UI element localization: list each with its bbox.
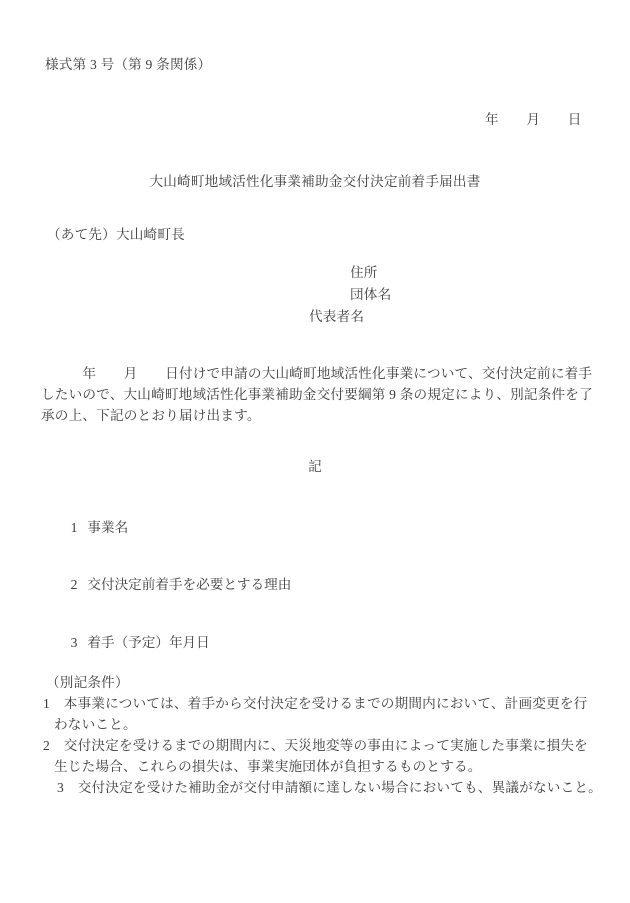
- condition-1-line-2: わないこと。: [54, 713, 137, 733]
- item-1-business-name: 1事業名: [57, 500, 128, 552]
- item-2-label: 交付決定前着手を必要とする理由: [87, 577, 291, 592]
- condition-3-line-1: 3 交付決定を受けた補助金が交付申請額に達しない場合においても、異議がないこと。: [57, 776, 602, 796]
- body-paragraph-line-1: 年 月 日付けで申請の大山崎町地域活性化事業について、交付決定前に着手: [41, 362, 592, 382]
- condition-2-line-2: 生じた場合、これらの損失は、事業実施団体が負担するものとする。: [54, 755, 482, 775]
- address-label: 住所: [350, 261, 378, 281]
- representative-name-label: 代表者名: [309, 305, 364, 325]
- body-paragraph-line-2: したいので、大山崎町地域活性化事業補助金交付要綱第 9 条の規定により、別記条件…: [41, 383, 593, 403]
- item-2-reason: 2交付決定前着手を必要とする理由: [57, 557, 291, 609]
- condition-2-line-1: 2 交付決定を受けるまでの期間内に、天災地変等の事由によって実施した事業に損失を: [43, 734, 588, 754]
- item-3-start-date: 3着手（予定）年月日: [57, 615, 210, 667]
- addressee: （あて先）大山崎町長: [47, 223, 185, 243]
- item-1-label: 事業名: [87, 520, 128, 535]
- item-3-label: 着手（予定）年月日: [87, 635, 209, 650]
- organization-name-label: 団体名: [350, 283, 391, 303]
- document-title: 大山崎町地域活性化事業補助金交付決定前着手届出書: [0, 170, 630, 190]
- conditions-heading: （別記条件）: [46, 671, 129, 691]
- section-marker-ki: 記: [0, 455, 630, 475]
- item-1-number: 1: [71, 520, 78, 535]
- condition-1-line-1: 1 本事業については、着手から交付決定を受けるまでの期間内において、計画変更を行: [43, 692, 587, 712]
- form-number: 様式第 3 号（第 9 条関係）: [45, 53, 211, 73]
- document-page: 様式第 3 号（第 9 条関係） 年 月 日 大山崎町地域活性化事業補助金交付決…: [0, 0, 630, 903]
- body-paragraph-line-3: 承の上、下記のとおり届け出ます。: [41, 404, 261, 424]
- item-3-number: 3: [71, 635, 78, 650]
- date-line: 年 月 日: [485, 108, 582, 128]
- item-2-number: 2: [71, 577, 78, 592]
